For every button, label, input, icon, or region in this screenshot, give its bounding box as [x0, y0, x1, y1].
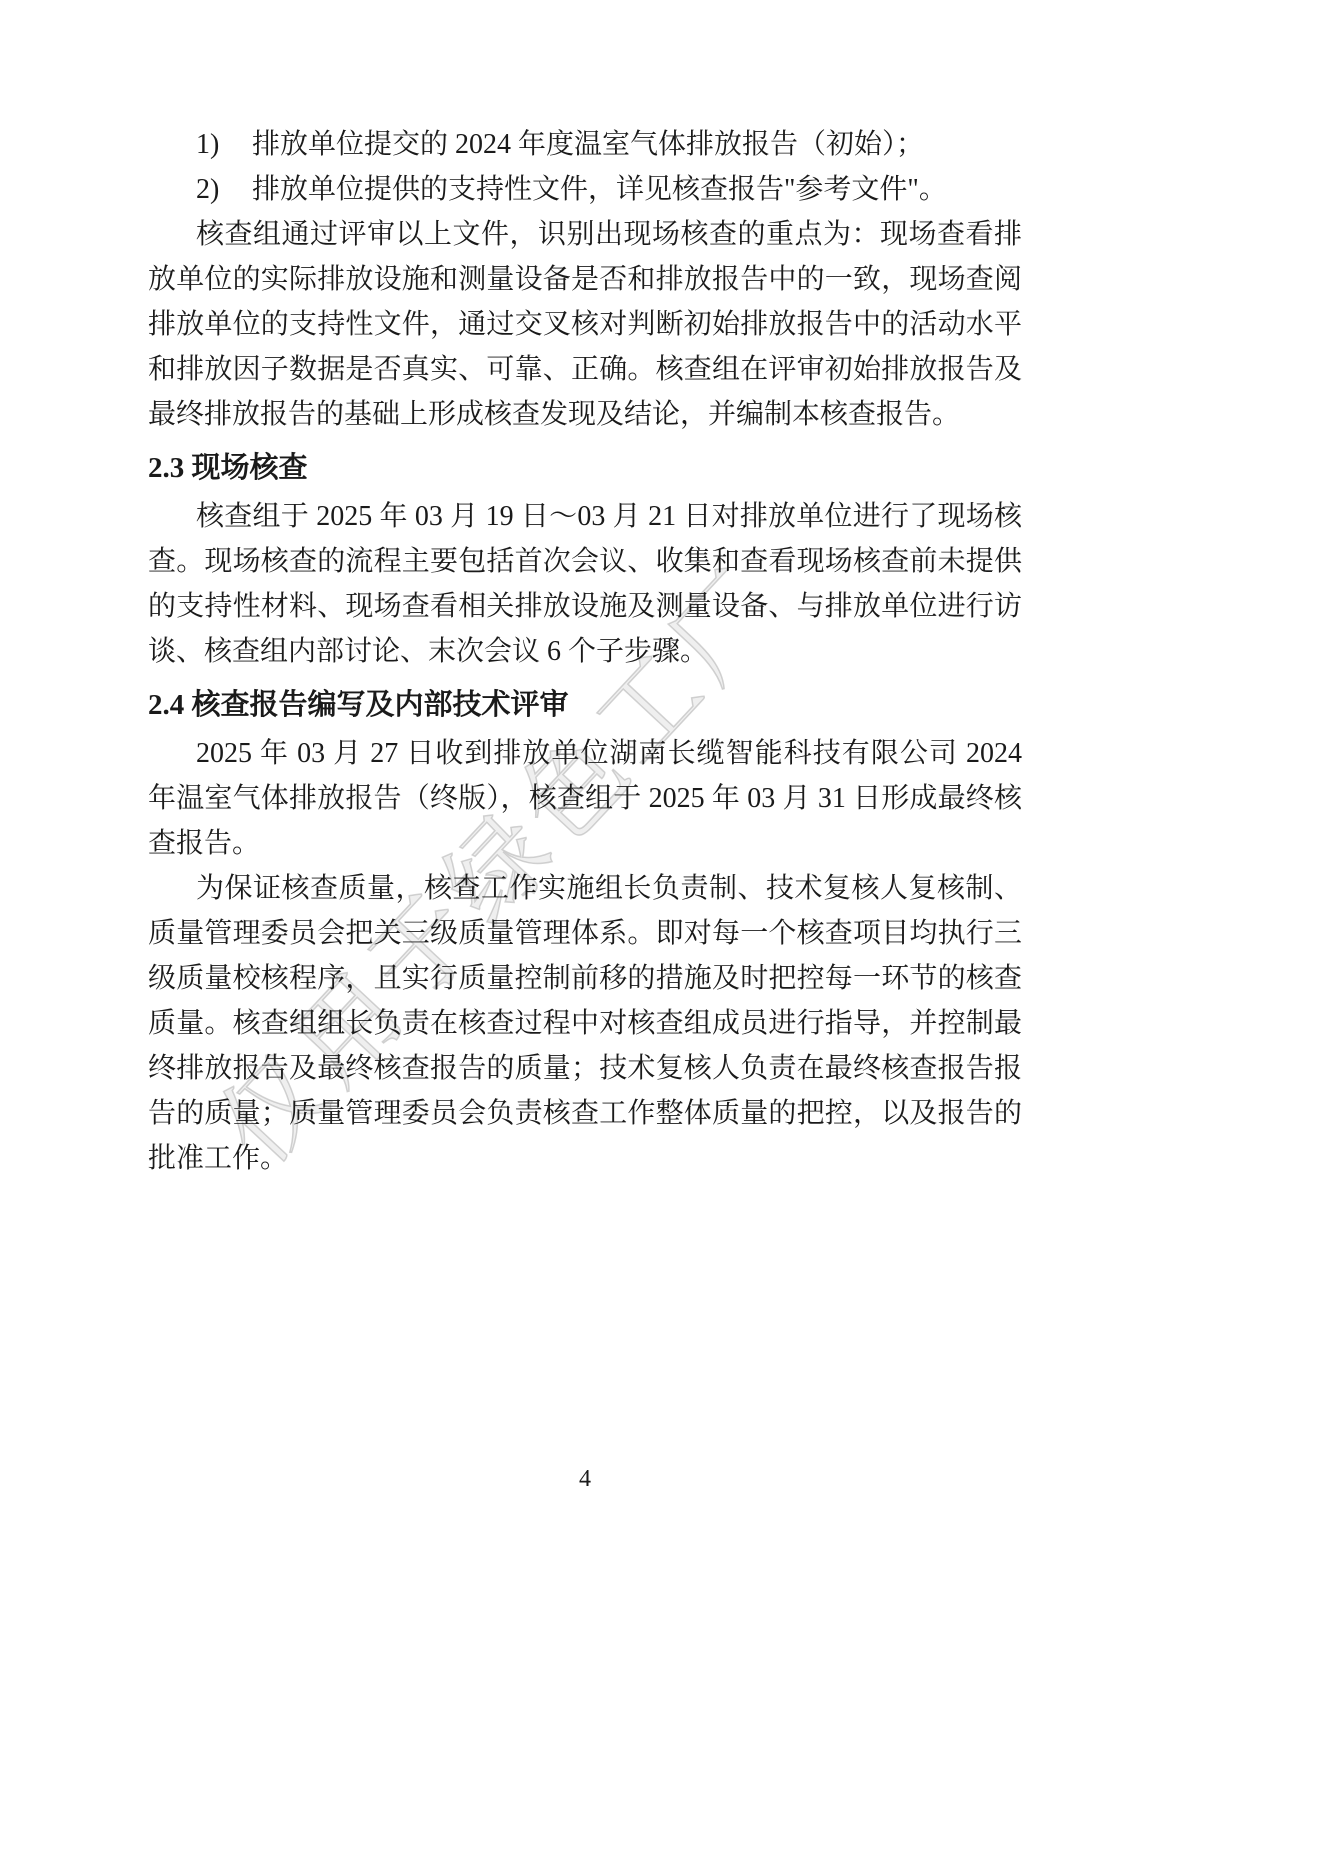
list-item-1-text: 排放单位提交的 2024 年度温室气体排放报告（初始）； — [252, 122, 1022, 167]
page-footer: 4 — [148, 1466, 1022, 1493]
list-item-1-marker: 1) — [196, 122, 252, 167]
page-content: 1) 排放单位提交的 2024 年度温室气体排放报告（初始）； 2) 排放单位提… — [148, 122, 1022, 1181]
paragraph-review-summary: 核查组通过评审以上文件，识别出现场核查的重点为：现场查看排放单位的实际排放设施和… — [148, 212, 1022, 437]
section-heading-2-3: 2.3 现场核查 — [148, 446, 1022, 491]
paragraph-final-report: 2025 年 03 月 27 日收到排放单位湖南长缆智能科技有限公司 2024 … — [148, 731, 1022, 866]
section-heading-2-4: 2.4 核查报告编写及内部技术评审 — [148, 683, 1022, 728]
list-item-2-marker: 2) — [196, 167, 252, 212]
document-page: 仅用于绿色工厂 1) 排放单位提交的 2024 年度温室气体排放报告（初始）； … — [0, 0, 1322, 1870]
page-number: 4 — [579, 1466, 591, 1492]
list-item-1: 1) 排放单位提交的 2024 年度温室气体排放报告（初始）； — [148, 122, 1022, 167]
list-item-2-text: 排放单位提供的支持性文件，详见核查报告"参考文件"。 — [252, 167, 1022, 212]
paragraph-onsite-verification: 核查组于 2025 年 03 月 19 日～03 月 21 日对排放单位进行了现… — [148, 494, 1022, 674]
list-item-2: 2) 排放单位提供的支持性文件，详见核查报告"参考文件"。 — [148, 167, 1022, 212]
paragraph-quality-control: 为保证核查质量，核查工作实施组长负责制、技术复核人复核制、质量管理委员会把关三级… — [148, 866, 1022, 1181]
